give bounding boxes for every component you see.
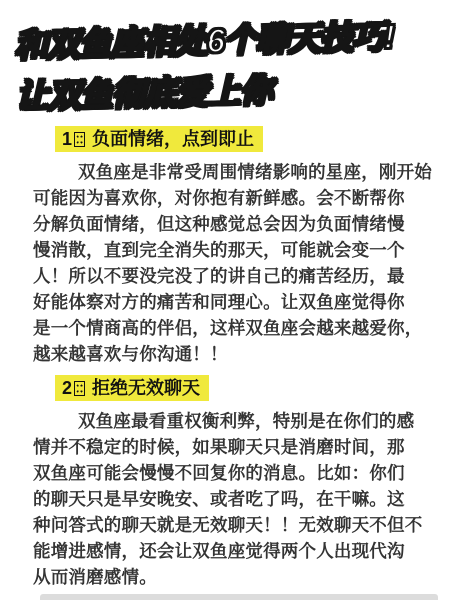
- paragraph-line: 种问答式的聊天就是无效聊天！！无效聊天不但不: [33, 512, 435, 538]
- paragraph-line: 能增进感情，还会让双鱼座觉得两个人出现代沟: [33, 538, 435, 564]
- title-line-1: 和双鱼座相处6个聊天技巧!: [14, 11, 394, 71]
- section-1-number: 1: [62, 129, 72, 149]
- section-2-number: 2: [62, 378, 72, 398]
- paragraph-line: 人！所以不要没完没了的讲自己的痛苦经历，最: [33, 263, 435, 289]
- paragraph-line: 双鱼座是非常受周围情绪影响的星座，刚开始: [33, 159, 435, 185]
- paragraph-line: 好能体察对方的痛苦和同理心。让双鱼座觉得你: [33, 289, 435, 315]
- keycap-box-icon: [74, 381, 85, 396]
- section-1-heading-label: 负面情绪，点到即止: [92, 129, 254, 149]
- section-2-heading-label: 拒绝无效聊天: [92, 378, 200, 398]
- post-body: 1负面情绪，点到即止 双鱼座是非常受周围情绪影响的星座，刚开始可能因为喜欢你，对…: [0, 126, 449, 598]
- paragraph-line: 双鱼座可能会慢慢不回复你的消息。比如：你们: [33, 460, 435, 486]
- section-2-heading: 2拒绝无效聊天: [55, 375, 209, 401]
- post-page: { "colors": { "highlight_yellow": "#F0E9…: [0, 0, 449, 600]
- paragraph-line: 双鱼座最看重权衡利弊，特别是在你们的感: [33, 408, 435, 434]
- paragraph-line: 的聊天只是早安晚安、或者吃了吗，在干嘛。这: [33, 486, 435, 512]
- section-2-paragraph: 双鱼座最看重权衡利弊，特别是在你们的感情并不稳定的时候，如果聊天只是消磨时间，那…: [33, 408, 435, 590]
- section-1-heading: 1负面情绪，点到即止: [55, 126, 263, 152]
- paragraph-line: 慢消散，直到完全消失的那天，可能就会变一个: [33, 237, 435, 263]
- paragraph-line: 情并不稳定的时候，如果聊天只是消磨时间，那: [33, 434, 435, 460]
- paragraph-line: 是一个情商高的伴侣，这样双鱼座会越来越爱你，: [33, 315, 435, 341]
- paragraph-line: 越来越喜欢与你沟通！！: [33, 341, 435, 367]
- paragraph-line: 从而消磨感情。: [33, 564, 435, 590]
- post-title: 和双鱼座相处6个聊天技巧! 让双鱼彻底爱上你: [14, 11, 396, 122]
- next-section-cutoff-highlight: [40, 594, 438, 600]
- paragraph-line: 可能因为喜欢你，对你抱有新鲜感。会不断帮你: [33, 185, 435, 211]
- paragraph-line: 分解负面情绪，但这种感觉总会因为负面情绪慢: [33, 211, 435, 237]
- keycap-box-icon: [74, 132, 85, 147]
- title-line-2: 让双鱼彻底爱上你: [15, 62, 395, 122]
- section-1-paragraph: 双鱼座是非常受周围情绪影响的星座，刚开始可能因为喜欢你，对你抱有新鲜感。会不断帮…: [33, 159, 435, 367]
